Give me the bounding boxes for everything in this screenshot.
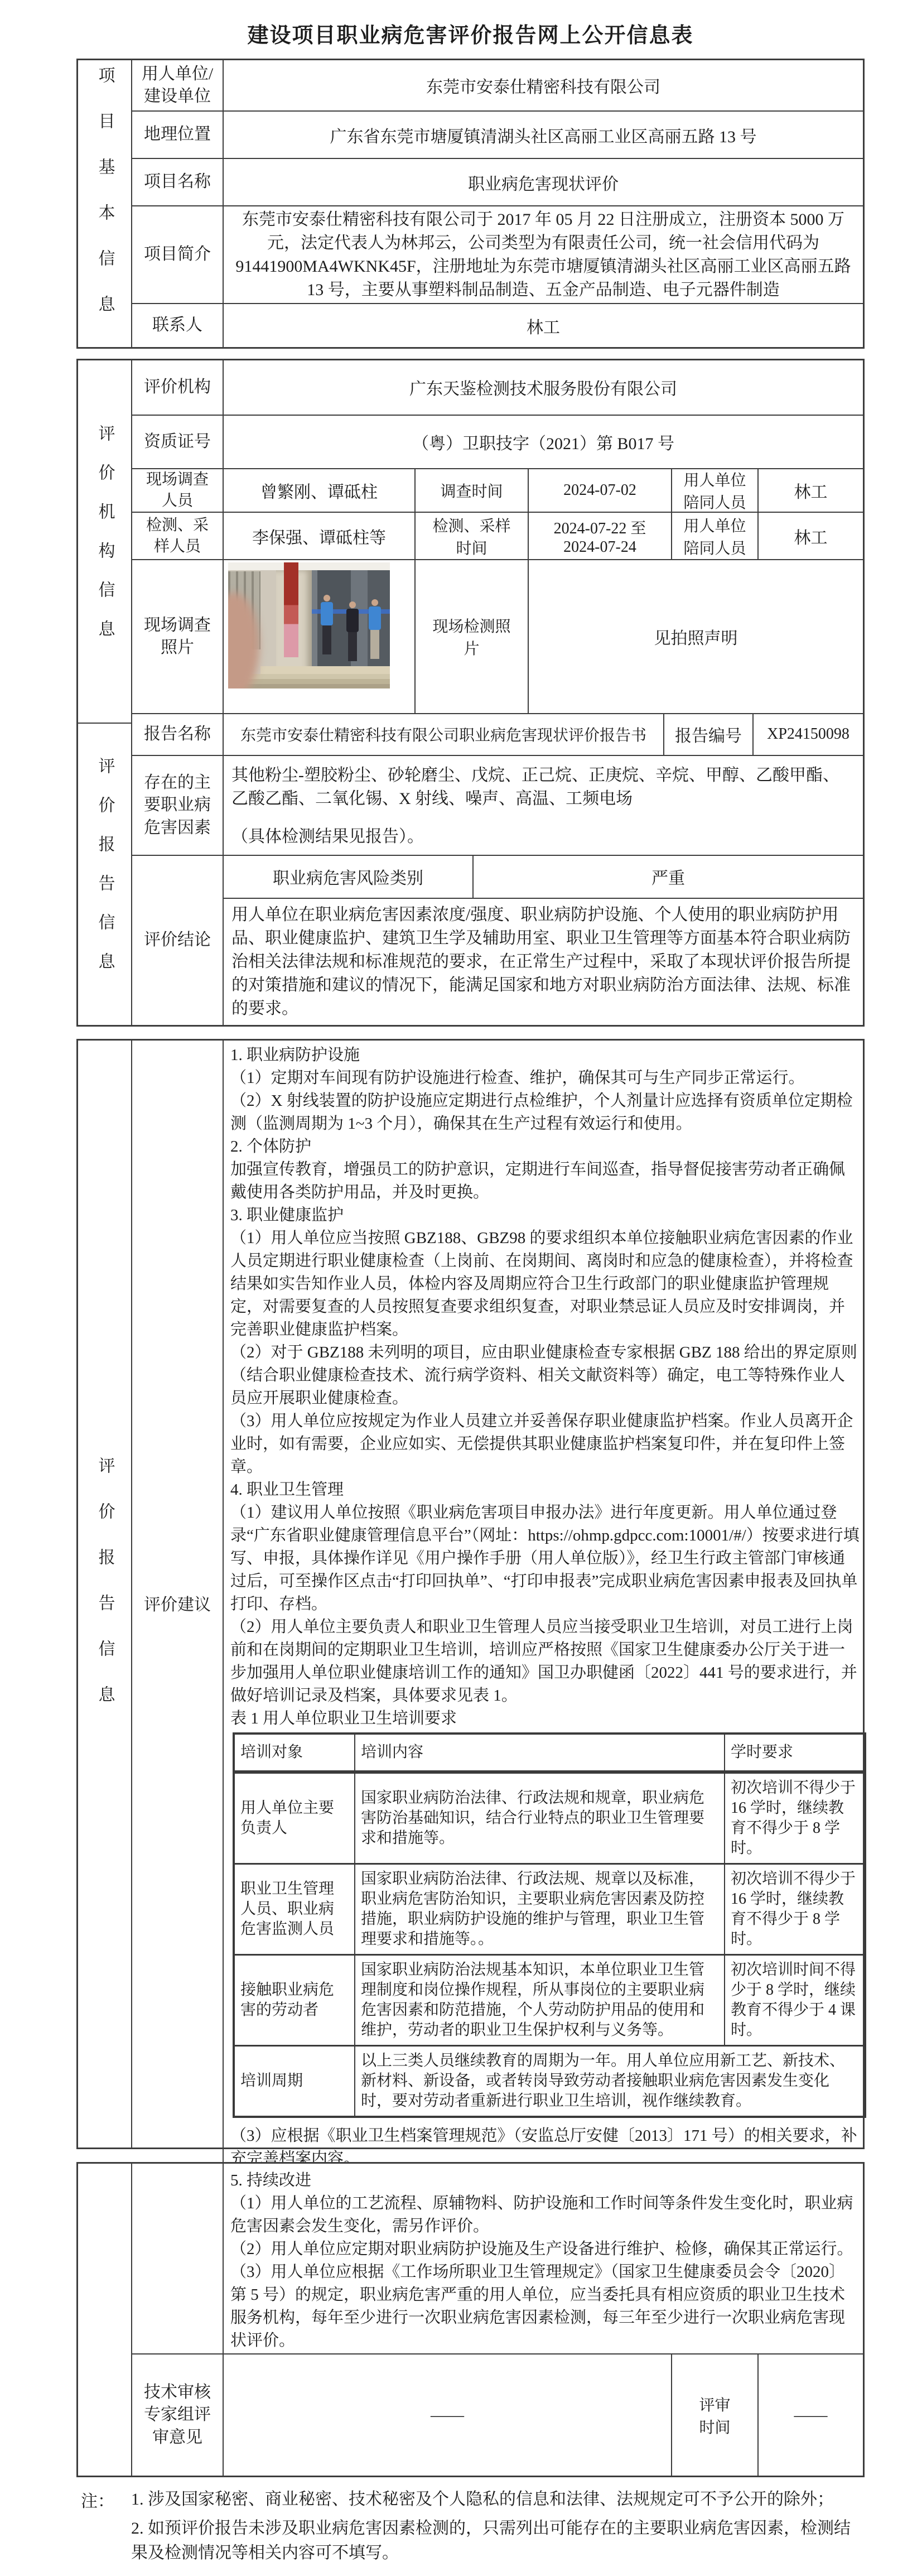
section-side-column: 评价机构信息 评价报告信息 (78, 360, 131, 1025)
row-sampling-staff: 检测、采样人员 李保强、谭砥柱等 检测、采样时间 2024-07-22 至 20… (132, 512, 863, 559)
agency-value: 广东天鉴检测技术服务股份有限公司 (223, 360, 863, 415)
conclusion-value: 用人单位在职业病危害因素浓度/强度、职业病防护设施、个人使用的职业病防护用品、职… (224, 899, 863, 1025)
improvement-text: 5. 持续改进 （1）用人单位的工艺流程、原辅物料、防护设施和工作时间等条件发生… (224, 2164, 863, 2352)
expert-review-label: 技术审核专家组评审意见 (132, 2354, 223, 2476)
employer-label: 用人单位/建设单位 (132, 60, 223, 110)
section-project-basic-info: 项目基本信息 用人单位/建设单位 东莞市安泰仕精密科技有限公司 地理位置 广东省… (76, 59, 865, 349)
risk-category-label: 职业病危害风险类别 (224, 856, 472, 898)
project-name-label: 项目名称 (132, 159, 223, 205)
table1-cell-hours: 初次培训时间不得少于 8 学时，继续教育不得少于 4 课时。 (724, 1956, 864, 2045)
suggestions-label: 评价建议 (132, 1041, 223, 2170)
row-main-hazards: 存在的主要职业病危害因素 其他粉尘-塑胶粉尘、砂轮磨尘、戊烷、正己烷、正庚烷、辛… (132, 755, 863, 855)
row-suggestions: 评价建议 1. 职业病防护设施 （1）定期对车间现有防护设施进行检查、维护，确保… (132, 1041, 866, 2170)
agency-label: 评价机构 (132, 360, 223, 415)
review-time-value: —— (757, 2354, 863, 2476)
footnotes-items: 1. 涉及国家秘密、商业秘密、技术秘密及个人隐私的信息和法律、法规规定可不予公开… (131, 2487, 862, 2570)
table1-header-row: 培训对象 培训内容 学时要求 (235, 1735, 864, 1772)
table1-header-hours: 学时要求 (724, 1735, 864, 1770)
person-figure (346, 601, 359, 661)
document-page: 建设项目职业病危害评价报告网上公开信息表 项目基本信息 用人单位/建设单位 东莞… (0, 0, 922, 2576)
table1-cell-content: 国家职业病防治法规基本知识，本单位职业卫生管理制度和岗位操作规程，所从事岗位的主… (354, 1956, 724, 2045)
row-continuous-improvement: 5. 持续改进 （1）用人单位的工艺流程、原辅物料、防护设施和工作时间等条件发生… (132, 2164, 863, 2353)
sampling-time-label: 检测、采样时间 (414, 513, 528, 559)
sampling-time-value: 2024-07-22 至 2024-07-24 (528, 513, 671, 559)
row-site-photos: 现场调查照片 (132, 559, 863, 712)
suggestion-paragraph: （1）用人单位应当按照 GBZ188、GBZ98 的要求组织本单位接触职业病危害… (230, 1227, 860, 1341)
suggestion-paragraph: 1. 职业病防护设施 (230, 1044, 860, 1067)
suggestion-paragraph: （2）X 射线装置的防护设施应定期进行点检维护，个人剂量计应选择有资质单位定期检… (230, 1090, 860, 1135)
improvement-paragraph: （1）用人单位的工艺流程、原辅物料、防护设施和工作时间等条件发生变化时，职业病危… (230, 2192, 856, 2238)
contact-label: 联系人 (132, 304, 223, 347)
expert-review-value: —— (223, 2354, 671, 2476)
table1-row: 职业卫生管理人员、职业病危害监测人员 国家职业病防治法律、行政法规、规章以及标准… (235, 1863, 864, 1954)
sampling-staff-value: 李保强、谭砥柱等 (223, 513, 414, 559)
table1-period-row: 培训周期 以上三类人员继续教育的周期为一年。用人单位应用新工艺、新技术、新材料、… (235, 2045, 864, 2116)
section-side-column-empty (78, 2164, 131, 2476)
sampling-staff-label: 检测、采样人员 (132, 513, 223, 559)
footnote-item: 2. 如预评价报告未涉及职业病危害因素检测的，只需列出可能存在的主要职业病危害因… (131, 2516, 862, 2565)
report-name-label: 报告名称 (132, 714, 223, 755)
detection-photo-label: 现场检测照片 (414, 560, 528, 712)
suggestion-paragraph: （1）建议用人单位按照《职业病危害项目申报办法》进行年度更新。用人单位通过登录“… (230, 1501, 860, 1616)
project-intro-label: 项目简介 (132, 206, 223, 303)
site-survey-photo (228, 562, 390, 688)
sampling-escort-value: 林工 (757, 513, 863, 559)
suggestion-paragraph: 2. 个体防护 (230, 1135, 860, 1158)
row-contact: 联系人 林工 (132, 303, 863, 347)
survey-escort-label: 用人单位陪同人员 (671, 469, 757, 512)
table1-header-target: 培训对象 (235, 1735, 354, 1770)
cert-number-value: （粤）卫职技字（2021）第 B017 号 (223, 416, 863, 469)
suggestion-paragraph: 加强宣传教育，增强员工的防护意识，定期进行车间巡查，指导督促接害劳动者正确佩戴使… (230, 1158, 860, 1204)
survey-staff-value: 曾繁刚、谭砥柱 (223, 469, 414, 512)
side-label-report: 评价报告信息 (93, 757, 117, 991)
table1-row: 接触职业病危害的劳动者 国家职业病防治法规基本知识，本单位职业卫生管理制度和岗位… (235, 1954, 864, 2045)
side-label-report-2: 评价报告信息 (93, 1457, 117, 1731)
side-label-agency: 评价机构信息 (93, 425, 117, 659)
page-title: 建设项目职业病危害评价报告网上公开信息表 (76, 18, 865, 49)
hazards-value: 其他粉尘-塑胶粉尘、砂轮磨尘、戊烷、正己烷、正庚烷、辛烷、甲醇、乙酸甲酯、乙酸乙… (231, 764, 855, 811)
row-location: 地理位置 广东省东莞市塘厦镇清湖头社区高丽工业区高丽五路 13 号 (132, 110, 863, 158)
footnotes: 注： 1. 涉及国家秘密、商业秘密、技术秘密及个人隐私的信息和法律、法规规定可不… (81, 2487, 862, 2570)
training-requirements-table: 培训对象 培训内容 学时要求 用人单位主要负责人 国家职业病防治法律、行政法规和… (233, 1732, 866, 2118)
sampling-escort-label: 用人单位陪同人员 (671, 513, 757, 559)
section-improvement-review: 5. 持续改进 （1）用人单位的工艺流程、原辅物料、防护设施和工作时间等条件发生… (76, 2162, 865, 2477)
suggestion-paragraph: 3. 职业健康监护 (230, 1204, 860, 1227)
survey-photo-label: 现场调查照片 (132, 560, 223, 712)
row-project-intro: 项目简介 东莞市安泰仕精密科技有限公司于 2017 年 05 月 22 日注册成… (132, 205, 863, 303)
conclusion-label: 评价结论 (132, 856, 223, 1025)
project-intro-value: 东莞市安泰仕精密科技有限公司于 2017 年 05 月 22 日注册成立，注册资… (224, 206, 863, 303)
suggestion-paragraph: 4. 职业卫生管理 (230, 1479, 860, 1501)
report-number-value: XP24150098 (752, 714, 863, 755)
hazards-note: （具体检测结果见报告）。 (231, 825, 855, 849)
cert-number-label: 资质证号 (132, 416, 223, 469)
table1-cell-target: 职业卫生管理人员、职业病危害监测人员 (235, 1865, 354, 1954)
suggestion-paragraph: （2）用人单位主要负责人和职业卫生管理人员应当接受职业卫生培训，对员工进行上岗前… (230, 1616, 860, 1707)
suggestion-paragraph: （1）定期对车间现有防护设施进行检查、维护，确保其可与生产同步正常运行。 (230, 1067, 860, 1090)
section-agency-and-report-info: 评价机构信息 评价报告信息 评价机构 广东天鉴检测技术服务股份有限公司 资质证号… (76, 359, 865, 1027)
photo-red-banner (284, 562, 298, 657)
table1-cell-target: 用人单位主要负责人 (235, 1774, 354, 1863)
employer-value: 东莞市安泰仕精密科技有限公司 (223, 60, 863, 110)
table1-row: 用人单位主要负责人 国家职业病防治法律、行政法规和规章，职业病危害防治基础知识，… (235, 1772, 864, 1863)
report-name-value: 东莞市安泰仕精密科技有限公司职业病危害现状评价报告书 (223, 714, 663, 755)
row-project-name: 项目名称 职业病危害现状评价 (132, 158, 863, 205)
improvement-paragraph: 5. 持续改进 (230, 2169, 856, 2192)
table1-cell-period-content: 以上三类人员继续教育的周期为一年。用人单位应用新工艺、新技术、新材料、新设备，或… (354, 2047, 864, 2116)
footnote-item: 1. 涉及国家秘密、商业秘密、技术秘密及个人隐私的信息和法律、法规规定可不予公开… (131, 2487, 862, 2512)
suggestion-paragraph: （3）用人单位应按规定为作业人员建立并妥善保存职业健康监护档案。作业人员离开企业… (230, 1410, 860, 1479)
location-value: 广东省东莞市塘厦镇清湖头社区高丽工业区高丽五路 13 号 (223, 112, 863, 158)
row-cert-number: 资质证号 （粤）卫职技字（2021）第 B017 号 (132, 415, 863, 469)
row-agency: 评价机构 广东天鉴检测技术服务股份有限公司 (132, 360, 863, 415)
survey-time-label: 调查时间 (414, 469, 528, 512)
suggestion-paragraph: （2）对于 GBZ188 未列明的项目，应由职业健康检查专家根据 GBZ 188… (230, 1341, 860, 1410)
row-employer: 用人单位/建设单位 东莞市安泰仕精密科技有限公司 (132, 60, 863, 110)
location-label: 地理位置 (132, 112, 223, 158)
detection-photo-value: 见拍照声明 (528, 560, 863, 712)
improvement-paragraph: （2）用人单位应定期对职业病防护设施及生产设备进行维护、检修，确保其正常运行。 (230, 2238, 856, 2261)
row-survey-staff: 现场调查人员 曾繁刚、谭砥柱 调查时间 2024-07-02 用人单位陪同人员 … (132, 468, 863, 512)
row-conclusion-group: 评价结论 职业病危害风险类别 严重 用人单位在职业病危害因素浓度/强度、职业病防… (132, 855, 863, 1025)
table1-cell-target: 培训周期 (235, 2047, 354, 2116)
contact-value: 林工 (223, 304, 863, 347)
footnotes-label: 注： (81, 2487, 131, 2570)
person-figure (369, 599, 381, 659)
table1-cell-content: 国家职业病防治法律、行政法规、规章以及标准，职业病危害防治知识，主要职业病危害因… (354, 1865, 724, 1954)
row-conclusion-text: 用人单位在职业病危害因素浓度/强度、职业病防护设施、个人使用的职业病防护用品、职… (224, 898, 863, 1025)
row-expert-review: 技术审核专家组评审意见 —— 评审时间 —— (132, 2353, 863, 2476)
review-time-label: 评审时间 (671, 2354, 757, 2476)
photo-ceiling (228, 562, 390, 570)
survey-staff-label: 现场调查人员 (132, 469, 223, 512)
hazards-label: 存在的主要职业病危害因素 (132, 756, 223, 855)
section-side-column: 项目基本信息 (78, 60, 131, 347)
improvement-paragraph: （3）用人单位应根据《工作场所职业卫生管理规定》（国家卫生健康委员会令〔2020… (230, 2261, 856, 2352)
table1-header-content: 培训内容 (354, 1735, 724, 1770)
report-number-label: 报告编号 (663, 714, 752, 755)
side-label-project: 项目基本信息 (93, 66, 117, 341)
row-risk-category: 职业病危害风险类别 严重 (224, 856, 863, 898)
improvement-label-empty (132, 2164, 223, 2353)
section-evaluation-suggestions: 评价报告信息 评价建议 1. 职业病防护设施 （1）定期对车间现有防护设施进行检… (76, 1039, 865, 2149)
survey-time-value: 2024-07-02 (528, 469, 671, 512)
person-figure (321, 595, 333, 654)
table1-cell-content: 国家职业病防治法律、行政法规和规章，职业病危害防治基础知识，结合行业特点的职业卫… (354, 1774, 724, 1863)
table1-cell-target: 接触职业病危害的劳动者 (235, 1956, 354, 2045)
table1-cell-hours: 初次培训不得少于 16 学时，继续教育不得少于 8 学时。 (724, 1774, 864, 1863)
survey-escort-value: 林工 (757, 469, 863, 512)
section-side-column: 评价报告信息 (78, 1041, 131, 2148)
suggestions-text: 1. 职业病防护设施 （1）定期对车间现有防护设施进行检查、维护，确保其可与生产… (224, 1041, 866, 1730)
table1-cell-hours: 初次培训不得少于 16 学时，继续教育不得少于 8 学时。 (724, 1865, 864, 1954)
table1-caption: 表 1 用人单位职业卫生培训要求 (230, 1707, 860, 1730)
survey-photo-cell (223, 560, 414, 712)
project-name-value: 职业病危害现状评价 (223, 159, 863, 205)
row-report-name: 报告名称 东莞市安泰仕精密科技有限公司职业病危害现状评价报告书 报告编号 XP2… (132, 713, 863, 755)
risk-category-value: 严重 (472, 856, 863, 898)
